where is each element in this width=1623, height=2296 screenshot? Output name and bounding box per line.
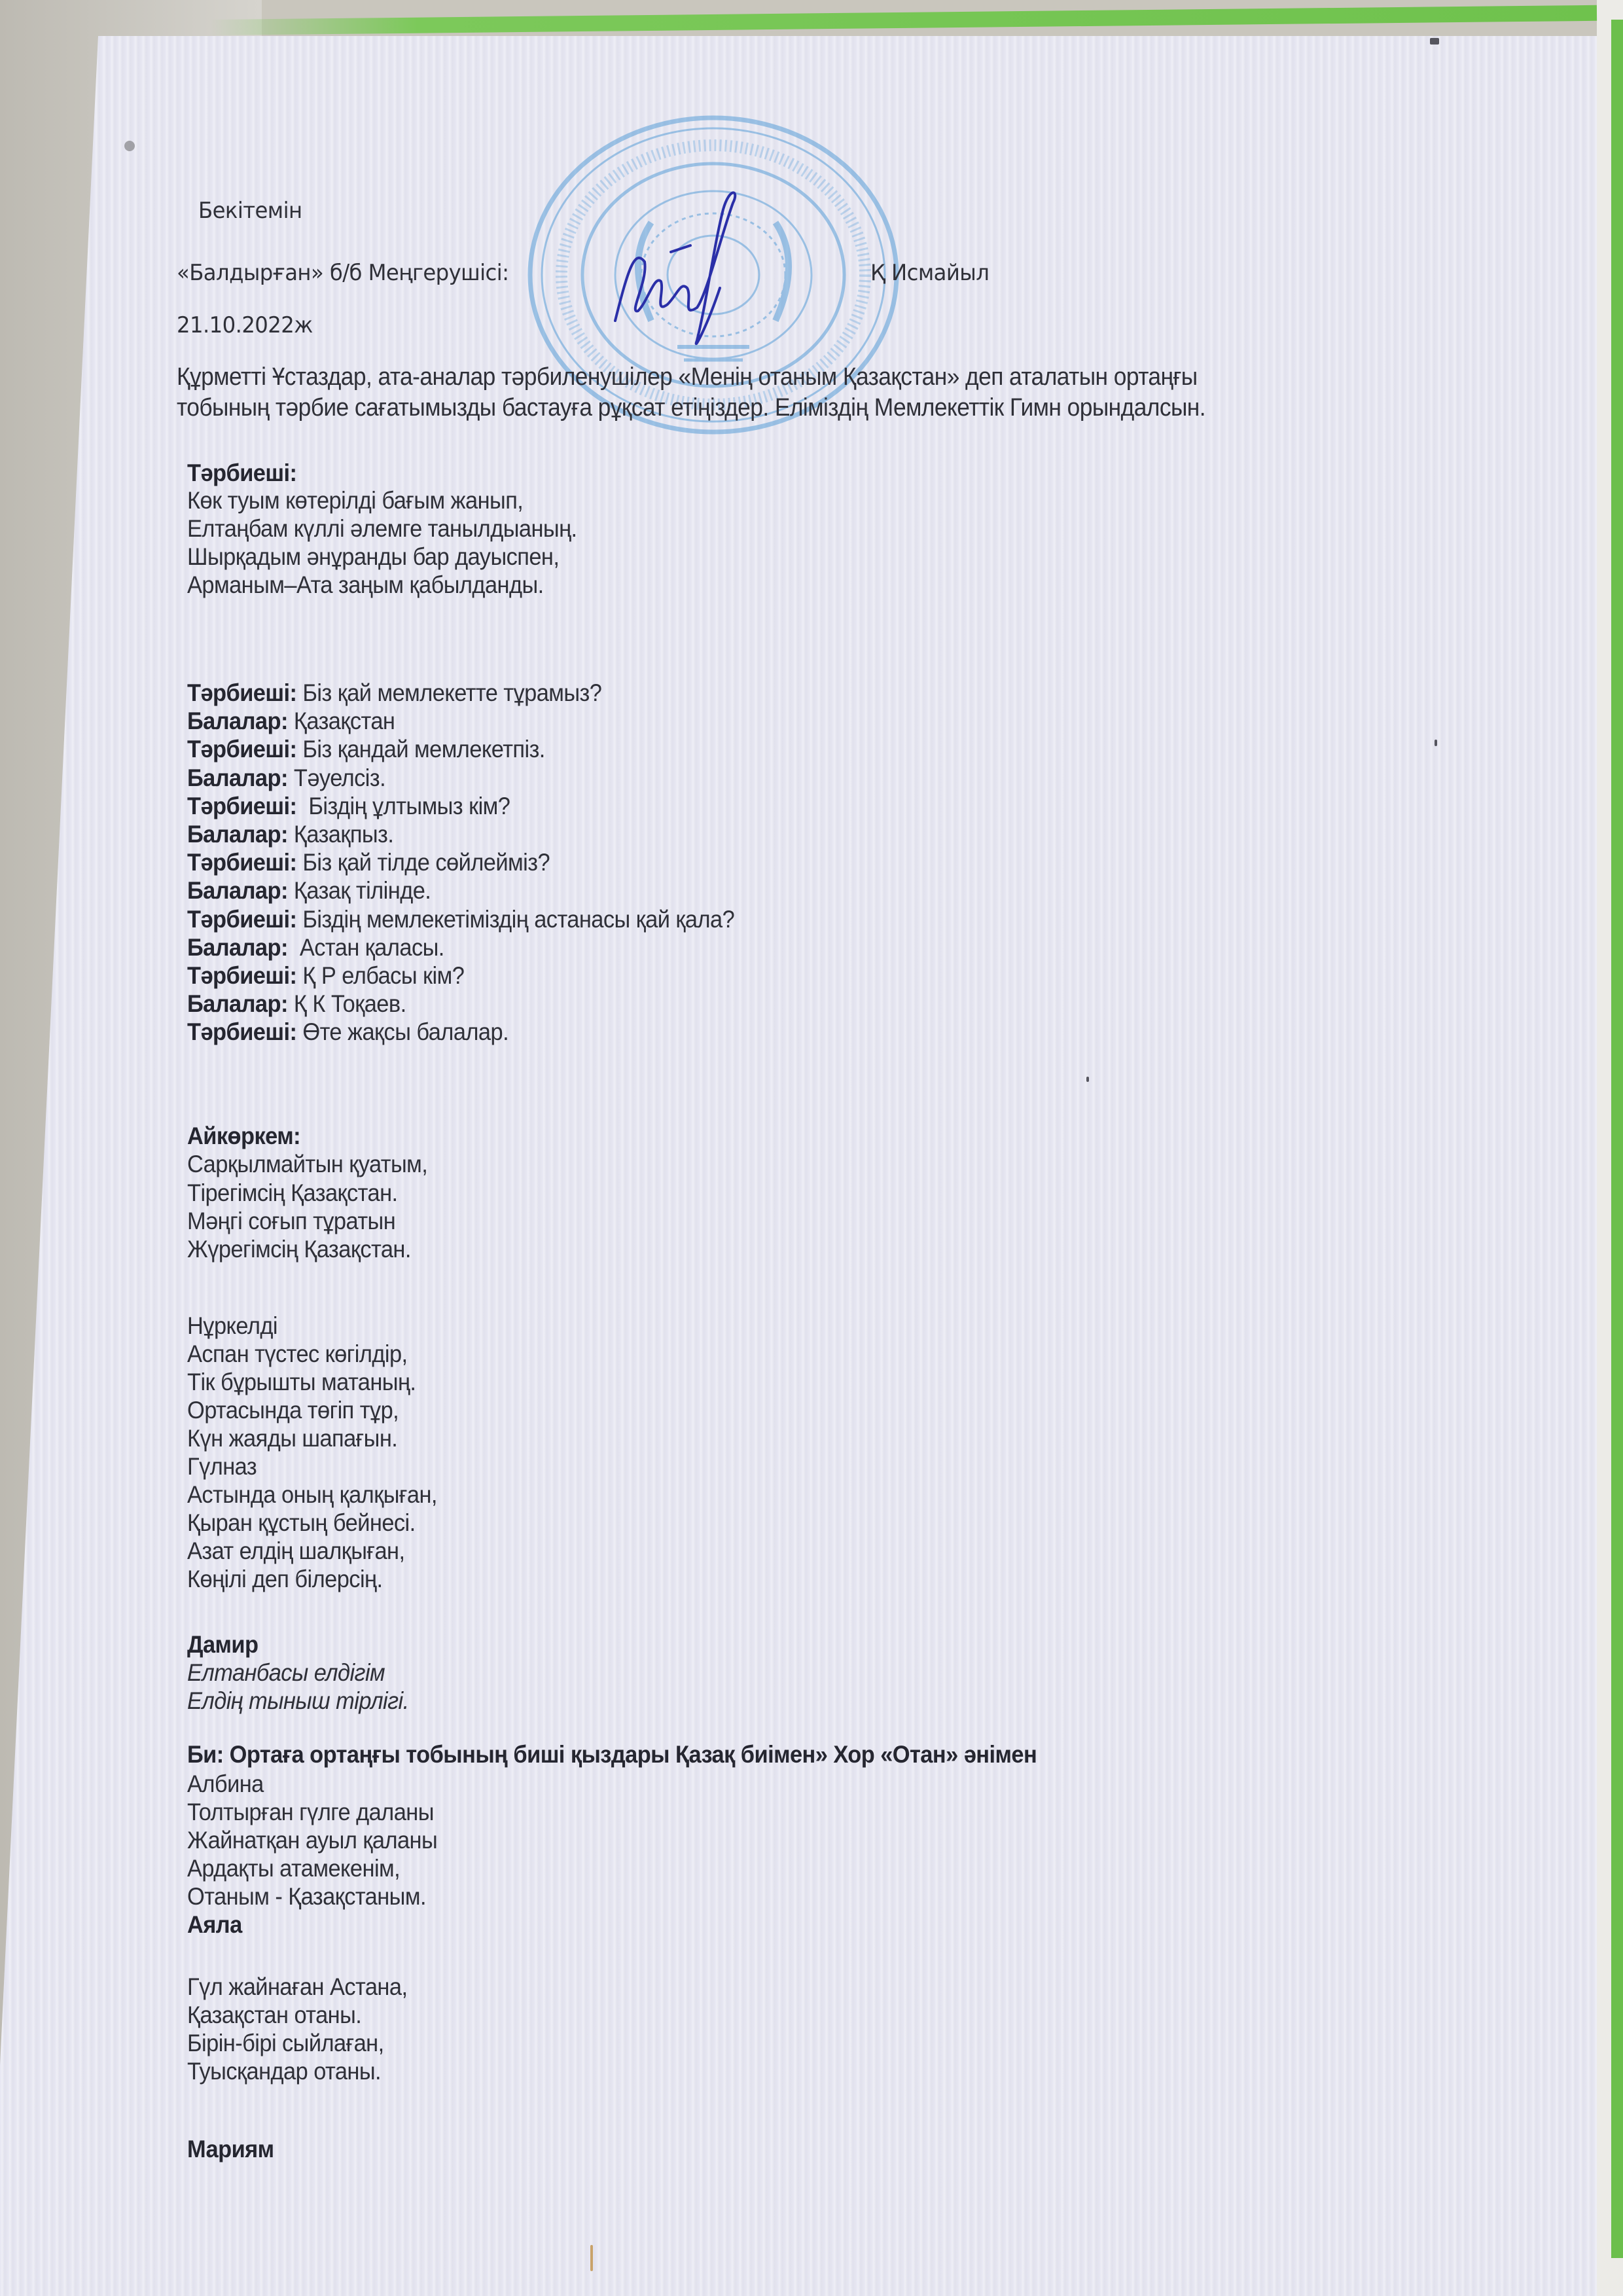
- verse-line: Елтанбасы елдігім: [187, 1659, 385, 1687]
- verse-line: Бірін-бірі сыйлаған,: [187, 2030, 384, 2057]
- speaker-label: Тәрбиеші:: [187, 906, 296, 933]
- speaker-label: Тәрбиеші:: [187, 679, 296, 706]
- verse-line: Сарқылмайтын қуатым,: [187, 1151, 427, 1178]
- head-title: «Балдырған» б/б Меңгерушісі:: [177, 260, 508, 286]
- speaker-label: Албина: [187, 1770, 264, 1798]
- dialogue-line: Балалар: Қазақпыз.: [187, 821, 393, 848]
- head-line: «Балдырған» б/б Меңгерушісі:: [177, 260, 508, 286]
- dialogue-line: Тәрбиеші: Біз қай тілде сөйлейміз?: [187, 849, 550, 876]
- dialogue-text: Қазақ тілінде.: [288, 877, 431, 904]
- verse-line: Елтаңбам күллі әлемге танылдыаның.: [187, 515, 577, 543]
- speaker-label: Тәрбиеші:: [187, 849, 296, 876]
- dialogue-text: Біз қай мемлекетте тұрамыз?: [296, 679, 601, 706]
- dialogue-text: Біздің ұлтымыз кім?: [296, 793, 510, 819]
- dialogue-text: Тәуелсіз.: [288, 764, 385, 791]
- dialogue-text: Қ К Тоқаев.: [288, 990, 406, 1017]
- verse-line: Жүрегімсің Қазақстан.: [187, 1236, 411, 1263]
- speaker-label: Дамир: [187, 1631, 258, 1659]
- dialogue-line: Тәрбиеші: Өте жақсы балалар.: [187, 1018, 508, 1046]
- intro-line: Құрметті Ұстаздар, ата-аналар тәрбиленуш…: [177, 363, 1198, 391]
- dialogue-text: Қазақстан: [288, 708, 395, 734]
- dialogue-text: Қ Р елбасы кім?: [296, 962, 464, 989]
- verse-line: Күн жаяды шапағын.: [187, 1425, 397, 1452]
- dialogue-line: Тәрбиеші: Қ Р елбасы кім?: [187, 962, 464, 990]
- dialogue-line: Тәрбиеші: Біздің ұлтымыз кім?: [187, 793, 510, 820]
- dust-speck: [1086, 1077, 1089, 1082]
- dialogue-line: Балалар: Астан қаласы.: [187, 934, 444, 961]
- verse-line: Туысқандар отаны.: [187, 2058, 381, 2085]
- signature-icon: [609, 190, 746, 347]
- dust-speck: [590, 2245, 593, 2271]
- verse-line: Қыран құстың бейнесі.: [187, 1509, 416, 1537]
- approval-date: 21.10.2022ж: [177, 312, 313, 338]
- verse-line: Жайнатқан ауыл қаланы: [187, 1827, 437, 1854]
- verse-line: Елдің тыныш тірлігі.: [187, 1687, 409, 1715]
- verse-line: Гүл жайнаған Астана,: [187, 1973, 407, 2001]
- intro-line: тобының тәрбие сағатымызды бастауға рұқс…: [177, 394, 1205, 422]
- verse-line: Отаным - Қазақстаным.: [187, 1883, 426, 1910]
- dialogue-text: Астан қаласы.: [288, 934, 444, 961]
- punch-hole: [124, 141, 135, 151]
- speaker-label: Тәрбиеші:: [187, 736, 296, 762]
- verse-line: Тік бұрышты матаның.: [187, 1369, 416, 1396]
- speaker-label: Балалар:: [187, 708, 288, 734]
- speaker-label: Тәрбиеші:: [187, 793, 296, 819]
- dialogue-text: Біздің мемлекетіміздің астанасы қай қала…: [296, 906, 734, 933]
- verse-line: Ардақты атамекенім,: [187, 1855, 400, 1882]
- speaker-label: Балалар:: [187, 764, 288, 791]
- speaker-label: Нұркелді: [187, 1312, 277, 1340]
- verse-line: Арманым–Ата заңым қабылданды.: [187, 571, 544, 599]
- dialogue-line: Балалар: Қазақ тілінде.: [187, 877, 431, 905]
- dialogue-text: Біз қандай мемлекетпіз.: [296, 736, 544, 762]
- dialogue-line: Балалар: Қ К Тоқаев.: [187, 990, 406, 1018]
- verse-line: Толтырған гүлге даланы: [187, 1799, 434, 1826]
- dialogue-line: Тәрбиеші: Біздің мемлекетіміздің астанас…: [187, 906, 734, 933]
- dust-speck: [1435, 740, 1437, 746]
- speaker-label: Балалар:: [187, 990, 288, 1017]
- dialogue-text: Қазақпыз.: [288, 821, 393, 848]
- speaker-label: Аяла: [187, 1911, 242, 1939]
- green-folder-edge-right: [1611, 20, 1623, 2258]
- speaker-label: Тәрбиеші:: [187, 459, 296, 487]
- verse-line: Аспан түстес көгілдір,: [187, 1340, 408, 1368]
- speaker-label: Тәрбиеші:: [187, 1018, 296, 1045]
- verse-line: Көк туым көтерілді бағым жанып,: [187, 487, 523, 514]
- dialogue-text: Өте жақсы балалар.: [296, 1018, 508, 1045]
- speaker-label: Тәрбиеші:: [187, 962, 296, 989]
- approval-heading: Бекітемін: [198, 198, 302, 224]
- verse-line: Ортасында төгіп тұр,: [187, 1397, 399, 1424]
- verse-line: Шырқадым әнұранды бар дауыспен,: [187, 543, 559, 571]
- speaker-label: Балалар:: [187, 934, 288, 961]
- green-folder-edge-top: [209, 5, 1597, 35]
- verse-line: Тірегімсің Қазақстан.: [187, 1179, 398, 1207]
- verse-line: Қазақстан отаны.: [187, 2001, 361, 2029]
- dialogue-line: Балалар: Қазақстан: [187, 708, 395, 735]
- speaker-label: Айкөркем:: [187, 1122, 300, 1150]
- dialogue-text: Біз қай тілде сөйлейміз?: [296, 849, 550, 876]
- verse-line: Көңілі деп білерсің.: [187, 1566, 382, 1593]
- verse-line: Астында оның қалқыған,: [187, 1481, 437, 1509]
- dialogue-line: Тәрбиеші: Біз қай мемлекетте тұрамыз?: [187, 679, 601, 707]
- verse-line: Мәңгі соғып тұратын: [187, 1208, 395, 1235]
- speaker-label: Балалар:: [187, 821, 288, 848]
- speaker-label: Мариям: [187, 2136, 274, 2163]
- dialogue-line: Балалар: Тәуелсіз.: [187, 764, 385, 792]
- dust-speck: [1430, 38, 1439, 45]
- head-name: Қ Исмайыл: [870, 260, 989, 286]
- dialogue-line: Тәрбиеші: Біз қандай мемлекетпіз.: [187, 736, 545, 763]
- verse-line: Азат елдің шалқыған,: [187, 1537, 404, 1565]
- speaker-label: Балалар:: [187, 877, 288, 904]
- speaker-label: Гүлназ: [187, 1453, 257, 1480]
- dance-announcement: Би: Ортаға ортаңғы тобының биші қыздары …: [187, 1741, 1037, 1768]
